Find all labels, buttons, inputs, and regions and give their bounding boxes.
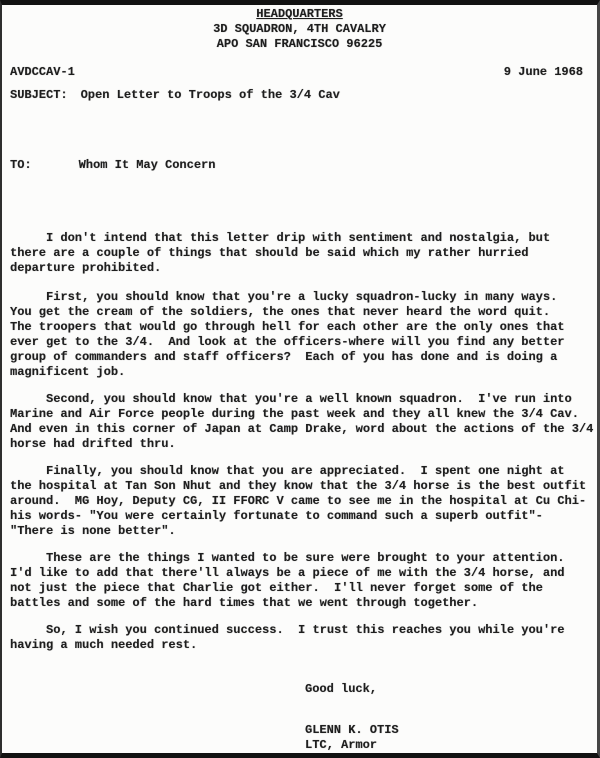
letter-date: 9 June 1968 bbox=[504, 65, 583, 80]
paragraph-first-point: First, you should know that you're a luc… bbox=[10, 290, 597, 380]
paragraph-intro: I don't intend that this letter drip wit… bbox=[10, 231, 597, 276]
scanned-letter-page: HEADQUARTERS 3D SQUADRON, 4TH CAVALRY AP… bbox=[0, 0, 600, 758]
paragraph-second-point: Second, you should know that you're a we… bbox=[10, 392, 597, 452]
paragraph-wishes: So, I wish you continued success. I trus… bbox=[10, 623, 597, 653]
letterhead-headquarters: HEADQUARTERS bbox=[10, 7, 589, 22]
to-label: TO: bbox=[10, 158, 32, 172]
reference-date-row: AVDCCAV-1 9 June 1968 bbox=[10, 65, 597, 80]
letterhead: HEADQUARTERS 3D SQUADRON, 4TH CAVALRY AP… bbox=[10, 7, 589, 52]
subject-label: SUBJECT: bbox=[10, 88, 68, 102]
paragraph-farewell: These are the things I wanted to be sure… bbox=[10, 551, 597, 611]
signature-name: GLENN K. OTIS bbox=[305, 723, 597, 738]
subject-row: SUBJECT:Open Letter to Troops of the 3/4… bbox=[10, 88, 597, 103]
closing-salutation: Good luck, bbox=[305, 682, 597, 697]
subject-text: Open Letter to Troops of the 3/4 Cav bbox=[81, 88, 340, 102]
paragraph-finally-point: Finally, you should know that you are ap… bbox=[10, 464, 597, 539]
letterhead-unit: 3D SQUADRON, 4TH CAVALRY bbox=[10, 22, 589, 37]
reference-number: AVDCCAV-1 bbox=[10, 65, 75, 80]
signature-block: GLENN K. OTIS LTC, Armor bbox=[305, 723, 597, 753]
to-row: TO:Whom It May Concern bbox=[10, 158, 597, 173]
letterhead-apo-address: APO SAN FRANCISCO 96225 bbox=[10, 37, 589, 52]
to-text: Whom It May Concern bbox=[79, 158, 216, 172]
signature-rank: LTC, Armor bbox=[305, 738, 597, 753]
